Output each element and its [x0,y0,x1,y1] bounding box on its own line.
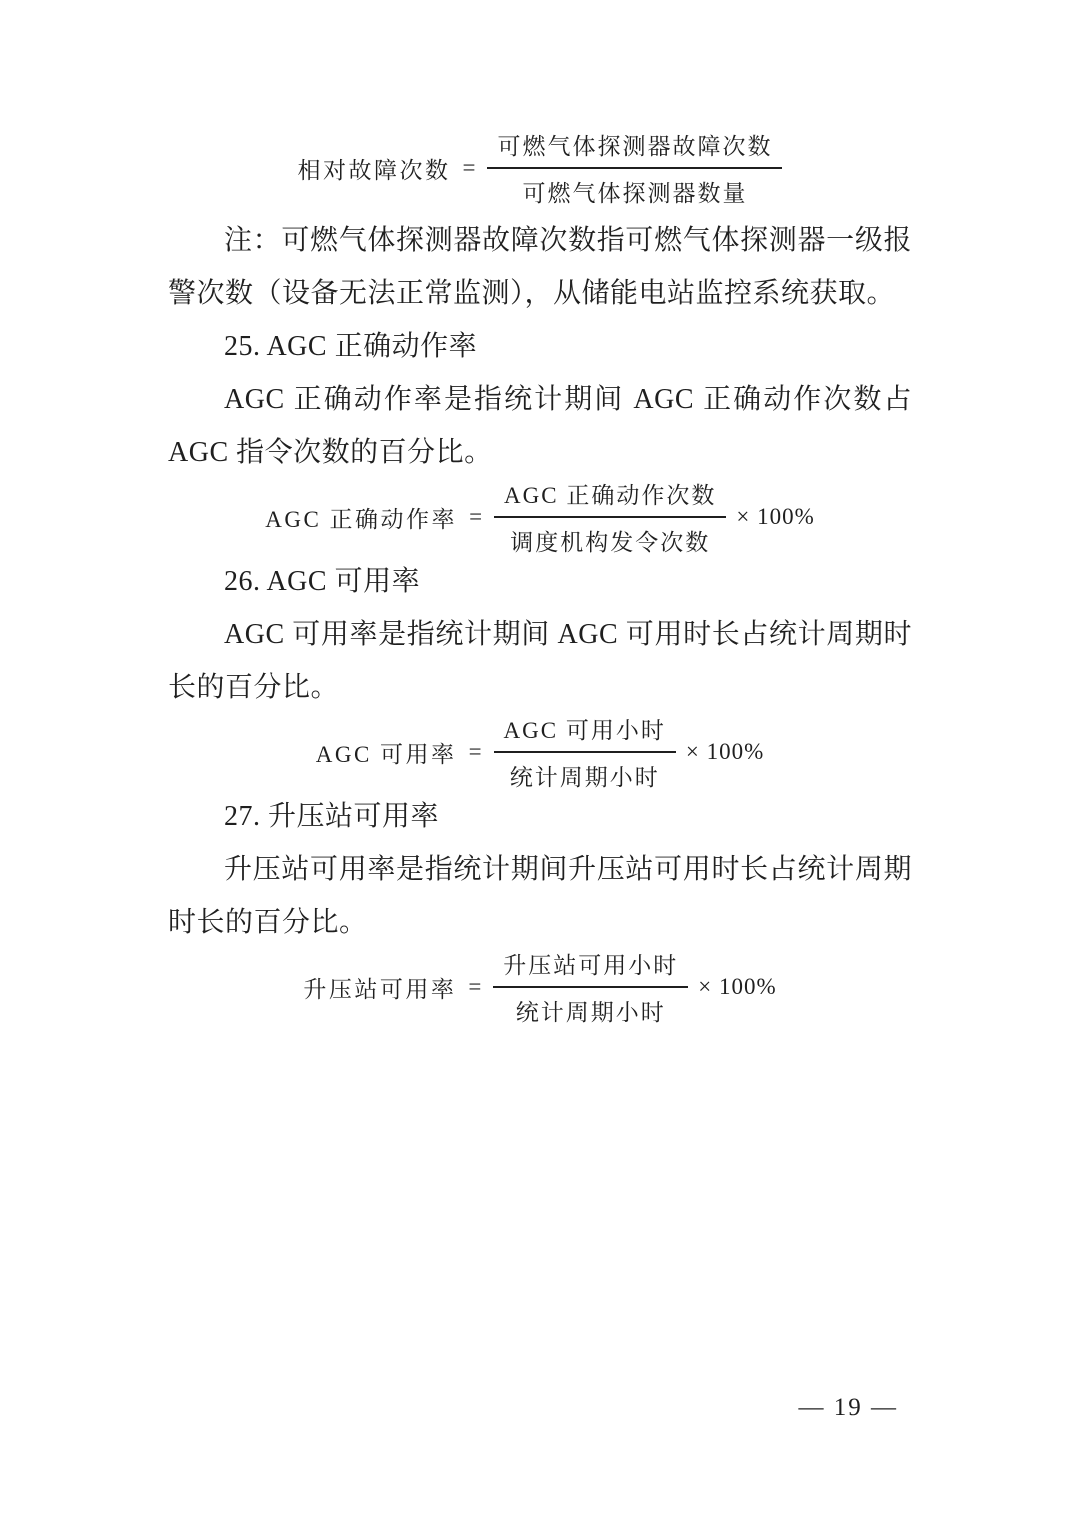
formula-suffix: × 100% [686,739,764,765]
formula-lhs: AGC 正确动作率 [265,501,457,534]
equals-sign: = [468,974,481,1000]
formula-relative-fault-count: 相对故障次数 = 可燃气体探测器故障次数 可燃气体探测器数量 [168,122,912,214]
formula-lhs: 升压站可用率 [303,971,456,1004]
fraction-denominator: 调度机构发令次数 [500,518,720,559]
section-body-25: AGC 正确动作率是指统计期间 AGC 正确动作次数占 AGC 指令次数的百分比… [168,373,912,479]
equals-sign: = [469,739,482,765]
formula-lhs: AGC 可用率 [316,736,457,769]
section-body-26: AGC 可用率是指统计期间 AGC 可用时长占统计周期时长的百分比。 [168,608,912,714]
fraction: AGC 可用小时 统计周期小时 [494,710,676,794]
note-paragraph: 注：可燃气体探测器故障次数指可燃气体探测器一级报警次数（设备无法正常监测），从储… [168,214,912,320]
fraction-denominator: 可燃气体探测器数量 [512,169,757,210]
section-body-27: 升压站可用率是指统计期间升压站可用时长占统计周期时长的百分比。 [168,843,912,949]
fraction: 可燃气体探测器故障次数 可燃气体探测器数量 [487,126,782,210]
section-heading-26: 26. AGC 可用率 [168,555,912,608]
formula-suffix: × 100% [736,504,814,530]
section-heading-27: 27. 升压站可用率 [168,790,912,843]
formula-booster-station-availability-rate: 升压站可用率 = 升压站可用小时 统计周期小时 × 100% [168,949,912,1025]
fraction-numerator: 升压站可用小时 [493,945,688,988]
formula-agc-availability-rate: AGC 可用率 = AGC 可用小时 统计周期小时 × 100% [168,714,912,790]
formula-agc-correct-action-rate: AGC 正确动作率 = AGC 正确动作次数 调度机构发令次数 × 100% [168,479,912,555]
fraction-numerator: 可燃气体探测器故障次数 [487,126,782,169]
fraction-denominator: 统计周期小时 [506,988,676,1029]
fraction: AGC 正确动作次数 调度机构发令次数 [494,475,726,559]
fraction-numerator: AGC 可用小时 [494,710,676,753]
document-content: 相对故障次数 = 可燃气体探测器故障次数 可燃气体探测器数量 注：可燃气体探测器… [168,0,912,1025]
fraction-denominator: 统计周期小时 [500,753,670,794]
formula-suffix: × 100% [698,974,776,1000]
fraction-numerator: AGC 正确动作次数 [494,475,726,518]
formula-lhs: 相对故障次数 [298,152,451,185]
equals-sign: = [469,504,482,530]
section-heading-25: 25. AGC 正确动作率 [168,320,912,373]
fraction: 升压站可用小时 统计周期小时 [493,945,688,1029]
equals-sign: = [463,155,476,181]
page-number: — 19 — [799,1394,899,1422]
document-page: 相对故障次数 = 可燃气体探测器故障次数 可燃气体探测器数量 注：可燃气体探测器… [0,0,1080,1527]
